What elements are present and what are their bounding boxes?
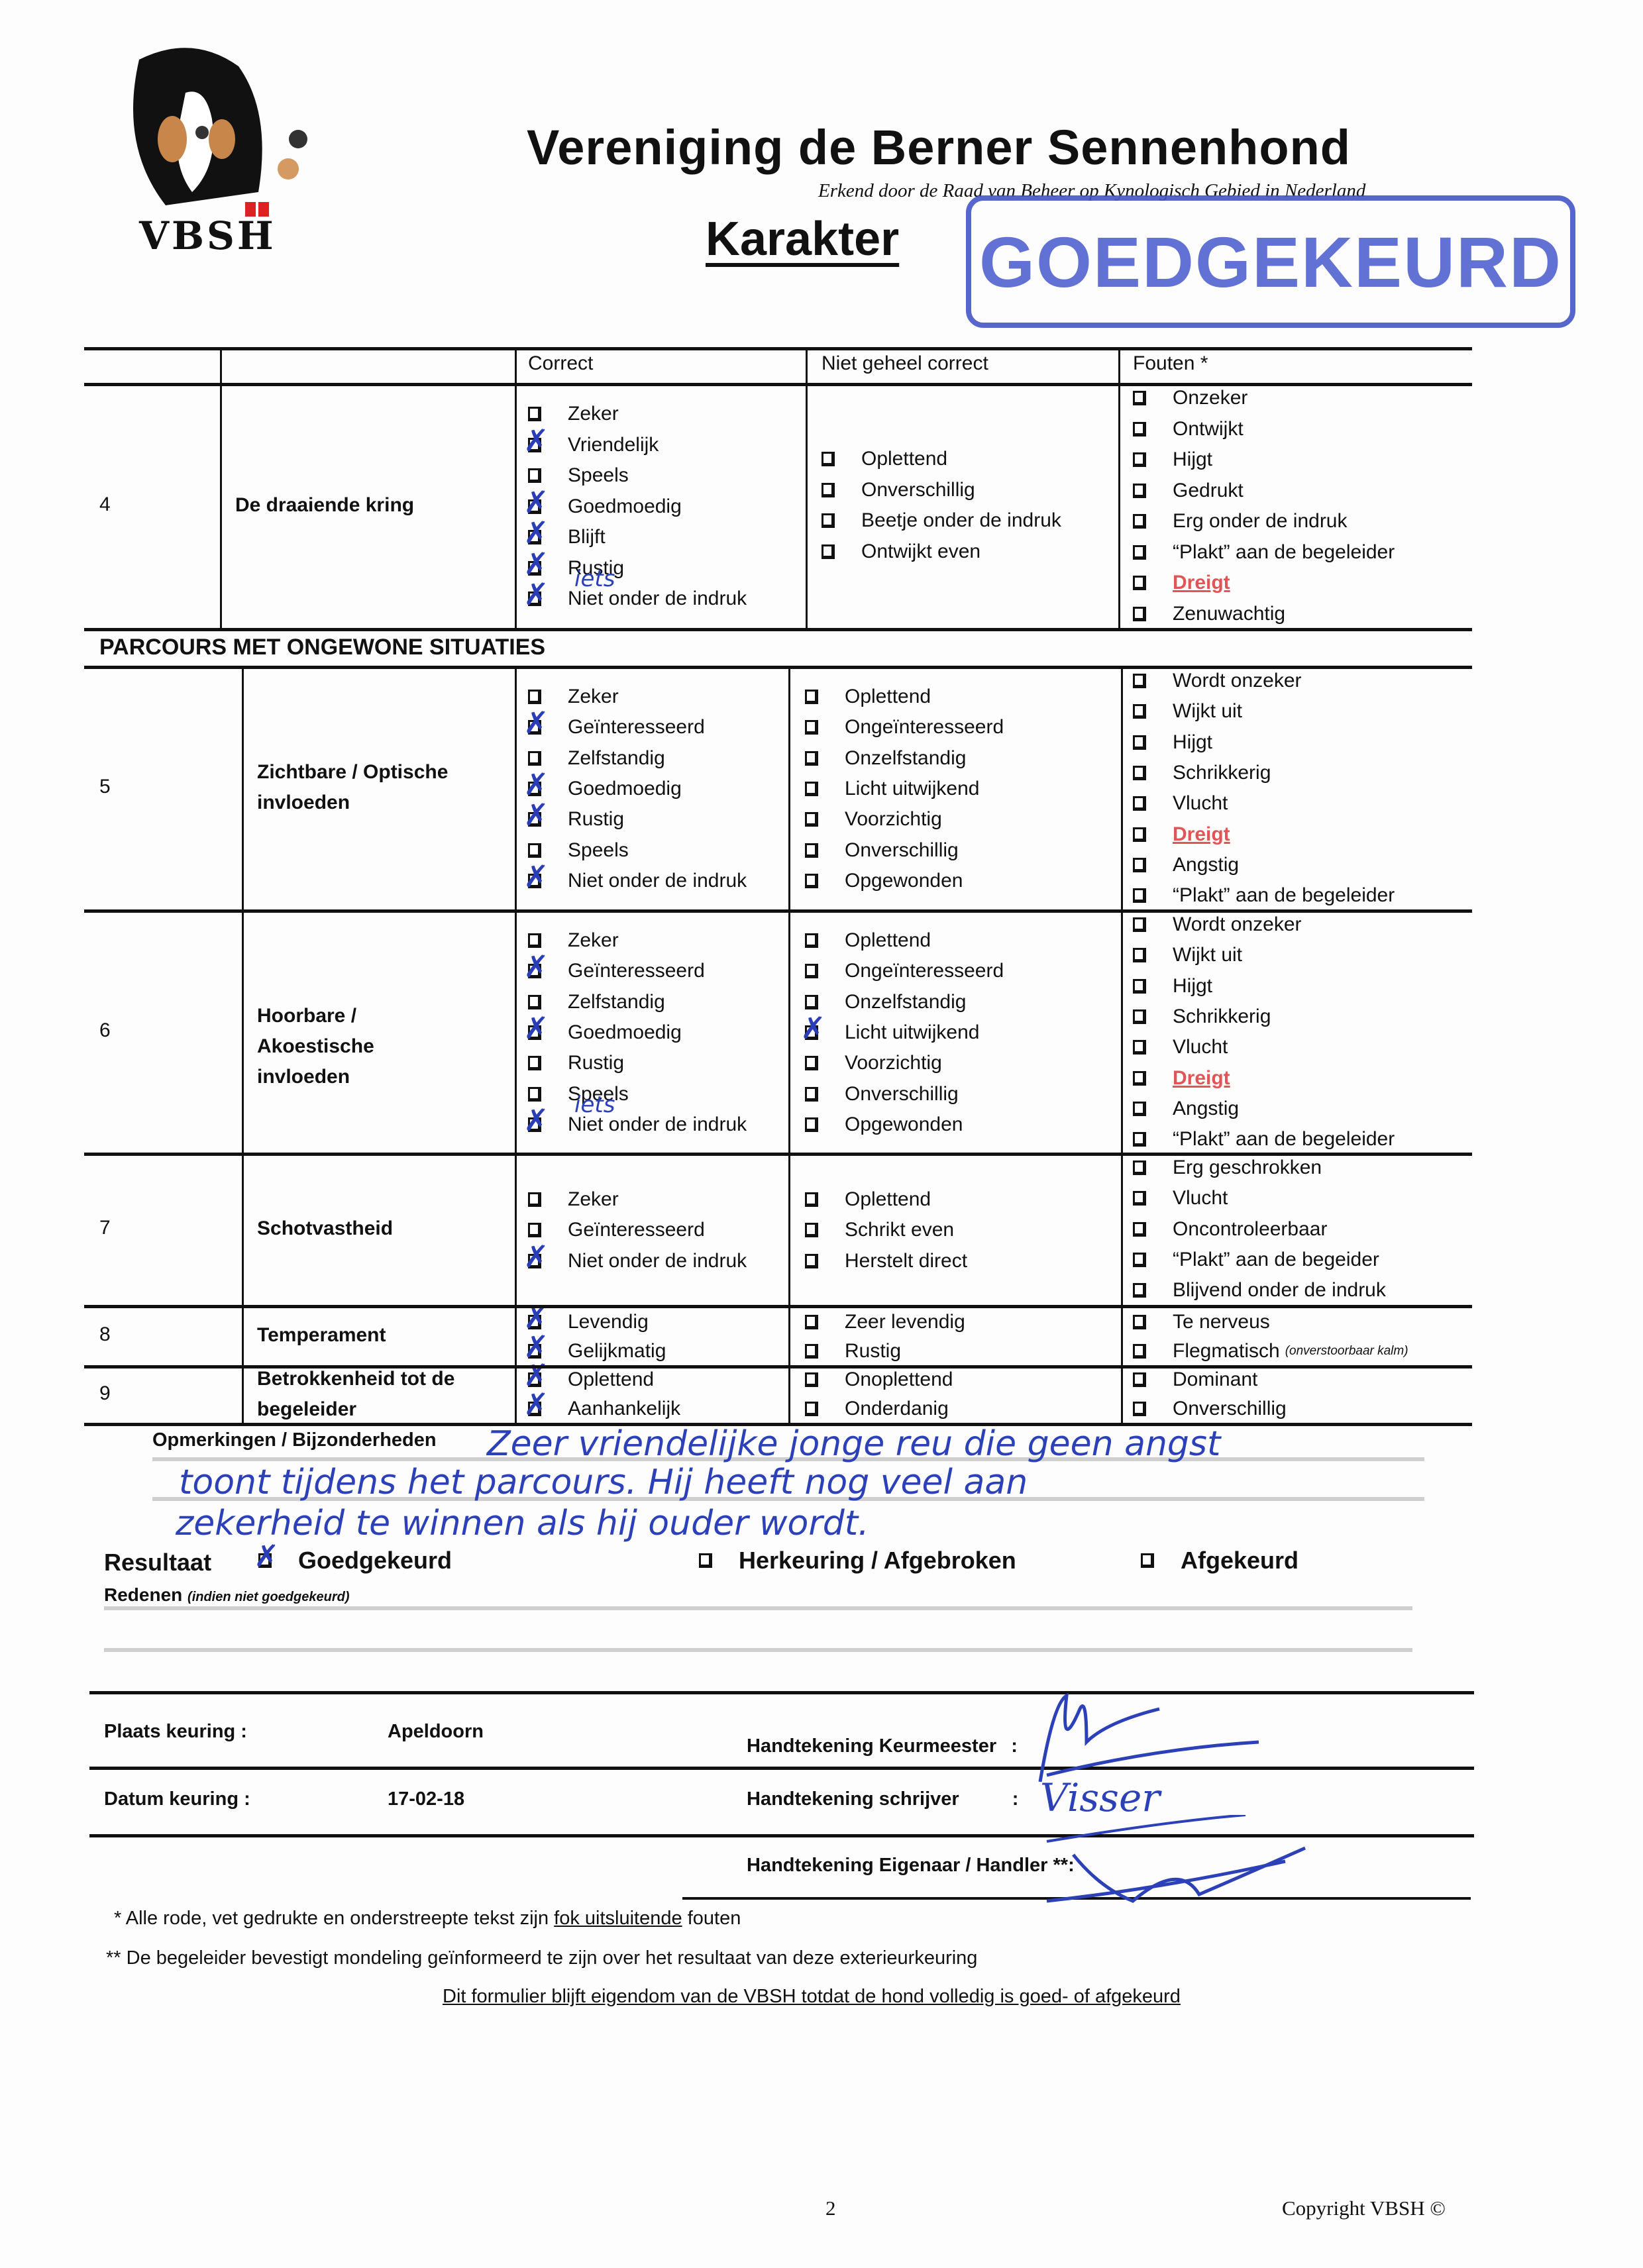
checkbox-icon[interactable] (528, 1056, 541, 1070)
checkbox-icon[interactable] (528, 438, 541, 452)
checkbox-icon[interactable] (805, 1223, 818, 1237)
remarks-handwriting-line-1[interactable]: Zeer vriendelijke jonge reu die geen ang… (487, 1424, 1220, 1464)
checkbox-icon[interactable] (1133, 796, 1146, 811)
option-label: Angstig (1173, 850, 1239, 880)
checkbox-icon[interactable] (1133, 484, 1146, 498)
remarks-handwriting-line-3[interactable]: zekerheid te winnen als hij ouder wordt. (176, 1504, 869, 1543)
option-fouten[interactable]: Blijvend onder de indruk (1133, 1275, 1386, 1306)
table-column-rule (242, 666, 244, 1423)
option-fouten[interactable]: Hijgt (1133, 971, 1212, 1002)
row-criterion-name: De draaiende kring (235, 490, 500, 521)
handwritten-annotation: iets (574, 1090, 615, 1120)
parcours-heading: PARCOURS MET ONGEWONE SITUATIES (99, 635, 545, 660)
ownership-notice: Dit formulier blijft eigendom van de VBS… (443, 1986, 1181, 2008)
table-rule (84, 1365, 1472, 1368)
option-fouten[interactable]: Gedrukt (1133, 476, 1244, 506)
checkbox-icon[interactable] (1133, 1040, 1146, 1055)
option-label: Blijvend onder de indruk (1173, 1275, 1386, 1306)
option-label: Licht uitwijkend (845, 1017, 979, 1048)
option-label: Dreigt (1173, 819, 1230, 850)
checkbox-icon[interactable] (528, 1025, 541, 1040)
signature-owner-label: Handtekening Eigenaar / Handler **: (747, 1855, 1075, 1877)
checkbox-icon[interactable] (805, 812, 818, 827)
row-number: 8 (99, 1323, 111, 1346)
option-label: Oncontroleerbaar (1173, 1214, 1327, 1245)
option-niet-geheel-correct[interactable]: Onverschillig (805, 1079, 959, 1109)
checkbox-icon[interactable] (528, 843, 541, 858)
table-rule (84, 666, 1472, 669)
option-niet-geheel-correct[interactable]: Onderdanig (805, 1394, 949, 1424)
checkbox-icon[interactable] (805, 1402, 818, 1416)
checkbox-icon[interactable] (1133, 1102, 1146, 1116)
checkbox-icon[interactable] (805, 690, 818, 704)
option-niet-geheel-correct[interactable]: Onverschillig (805, 835, 959, 866)
option-niet-geheel-correct[interactable]: Onoplettend (805, 1365, 953, 1395)
checkbox-icon[interactable] (528, 1402, 541, 1416)
option-fouten[interactable]: Onzeker (1133, 383, 1247, 413)
checkbox-icon[interactable] (528, 964, 541, 978)
organization-title: Vereniging de Berner Sennenhond (527, 119, 1351, 176)
checkbox-icon[interactable] (528, 720, 541, 735)
checkbox-icon[interactable] (528, 592, 541, 606)
option-niet-geheel-correct[interactable]: Ongeïnteresseerd (805, 712, 1004, 743)
option-niet-geheel-correct[interactable]: Oplettend (805, 682, 931, 712)
option-fouten[interactable]: Wijkt uit (1133, 940, 1242, 970)
option-fouten[interactable]: Schrikkerig (1133, 758, 1271, 788)
option-fouten[interactable]: Ontwijkt (1133, 414, 1244, 444)
option-label: Erg onder de indruk (1173, 506, 1348, 537)
row-number: 5 (99, 776, 111, 798)
checkbox-icon[interactable] (528, 499, 541, 514)
option-label: Onverschillig (845, 1079, 959, 1109)
option-niet-geheel-correct[interactable]: Schrikt even (805, 1215, 954, 1245)
checkbox-icon[interactable] (805, 720, 818, 735)
option-correct[interactable]: Goedmoedig (528, 491, 682, 522)
option-label: Schrikkerig (1173, 758, 1271, 788)
option-label: Te nerveus (1173, 1307, 1270, 1337)
copyright: Copyright VBSH © (1282, 2196, 1446, 2220)
option-label: Vlucht (1173, 788, 1228, 819)
date-value: 17-02-18 (388, 1788, 464, 1810)
option-label: Vlucht (1173, 1032, 1228, 1062)
column-header-correct: Correct (528, 352, 593, 375)
checkbox-icon[interactable] (805, 995, 818, 1009)
checkbox-icon[interactable] (528, 812, 541, 827)
option-fouten[interactable]: Flegmatisch(onverstoorbaar kalm) (1133, 1336, 1408, 1366)
option-niet-geheel-correct[interactable]: Ontwijkt even (821, 537, 980, 567)
option-fouten[interactable]: Oncontroleerbaar (1133, 1214, 1327, 1245)
option-niet-geheel-correct[interactable]: Onverschillig (821, 475, 975, 505)
option-correct[interactable]: Niet onder de indrukiets (528, 584, 747, 614)
result-label: Resultaat (104, 1549, 211, 1576)
option-niet-geheel-correct[interactable]: Oplettend (821, 444, 947, 474)
signature-writer-label: Handtekening schrijver : (747, 1788, 1018, 1810)
option-correct[interactable]: Geïnteresseerd (528, 956, 705, 986)
checkbox-icon[interactable] (805, 1117, 818, 1132)
option-fouten[interactable]: Schrikkerig (1133, 1002, 1271, 1032)
option-niet-geheel-correct[interactable]: Onzelfstandig (805, 743, 966, 774)
checkbox-icon[interactable] (1133, 422, 1146, 437)
option-label: Speels (568, 835, 629, 866)
option-fouten[interactable]: Vlucht (1133, 1183, 1228, 1213)
reasons-line-1 (104, 1606, 1412, 1610)
option-label: Zelfstandig (568, 743, 665, 774)
table-rule (84, 909, 1472, 913)
place-label: Plaats keuring : (104, 1721, 247, 1743)
checkbox-icon[interactable] (1133, 1160, 1146, 1175)
row-number: 9 (99, 1382, 111, 1405)
checkbox-icon[interactable] (528, 874, 541, 888)
option-label: Oplettend (845, 925, 931, 956)
option-fouten[interactable]: Vlucht (1133, 788, 1228, 819)
option-label: Levendig (568, 1307, 649, 1337)
option-label: Onverschillig (861, 475, 975, 505)
result-option-herkeuring[interactable]: Herkeuring / Afgebroken (699, 1545, 1016, 1576)
checkbox-icon[interactable] (1133, 766, 1146, 780)
checkbox-icon[interactable] (1133, 674, 1146, 688)
handwritten-annotation: iets (574, 564, 615, 594)
option-niet-geheel-correct[interactable]: Ongeïnteresseerd (805, 956, 1004, 986)
option-label: Blijft (568, 522, 606, 552)
checkbox-icon[interactable] (1133, 888, 1146, 903)
checkbox-icon[interactable] (1133, 607, 1146, 621)
option-fouten[interactable]: Erg geschrokken (1133, 1153, 1322, 1183)
option-label: Oplettend (845, 682, 931, 712)
option-label: Zeker (568, 925, 619, 956)
table-rule (84, 383, 1472, 386)
checkbox-icon[interactable] (1133, 704, 1146, 719)
checkbox-icon[interactable] (528, 1117, 541, 1132)
option-label: Ongeïnteresseerd (845, 712, 1004, 743)
option-label: Hijgt (1173, 444, 1212, 475)
option-label: Zelfstandig (568, 987, 665, 1017)
option-label: Dreigt (1173, 1063, 1230, 1094)
option-correct[interactable]: Vriendelijk (528, 430, 659, 460)
checkbox-icon[interactable] (1133, 391, 1146, 405)
option-label: Onzeker (1173, 383, 1247, 413)
table-rule (84, 1423, 1472, 1426)
checkbox-icon[interactable] (528, 1254, 541, 1268)
checkbox-icon[interactable] (528, 1344, 541, 1359)
reasons-label: Redenen (indien niet goedgekeurd) (104, 1584, 349, 1606)
checkbox-icon[interactable] (1133, 979, 1146, 994)
option-label: Rustig (568, 804, 624, 835)
option-label: Wijkt uit (1173, 940, 1242, 970)
option-fouten[interactable]: Erg onder de indruk (1133, 506, 1348, 537)
checkbox-icon[interactable] (1133, 1402, 1146, 1416)
result-option-afgekeurd[interactable]: Afgekeurd (1141, 1545, 1298, 1576)
option-label: Opgewonden (845, 866, 963, 896)
checkbox-icon[interactable] (805, 1344, 818, 1359)
option-fouten[interactable]: Dreigt (1133, 568, 1230, 598)
option-label: Wordt onzeker (1173, 666, 1302, 696)
remarks-label: Opmerkingen / Bijzonderheden (152, 1429, 437, 1451)
option-label: Speels (568, 460, 629, 491)
option-label: Beetje onder de indruk (861, 505, 1061, 536)
row-number: 7 (99, 1217, 111, 1239)
checkbox-icon[interactable] (805, 1372, 818, 1387)
option-correct[interactable]: Aanhankelijk (528, 1394, 680, 1424)
table-column-rule (1121, 666, 1123, 1423)
checkbox-icon[interactable] (528, 690, 541, 704)
checkbox-icon[interactable] (528, 1087, 541, 1102)
option-label: Onverschillig (1173, 1394, 1287, 1424)
checkbox-icon[interactable] (805, 1192, 818, 1207)
row-number: 4 (99, 493, 111, 516)
option-label: Hijgt (1173, 727, 1212, 758)
option-fouten[interactable]: Te nerveus (1133, 1307, 1270, 1337)
remarks-handwriting-line-2[interactable]: toont tijdens het parcours. Hij heeft no… (179, 1463, 1028, 1502)
checkbox-icon[interactable] (821, 483, 835, 497)
option-label: Hijgt (1173, 971, 1212, 1002)
option-niet-geheel-correct[interactable]: Zeer levendig (805, 1307, 965, 1337)
checkbox-icon[interactable] (1133, 545, 1146, 560)
date-label: Datum keuring : (104, 1788, 250, 1810)
checkbox-icon[interactable] (1133, 917, 1146, 932)
table-column-rule (1118, 347, 1120, 628)
footnote-handler-confirmation: ** De begeleider bevestigt mondeling geï… (106, 1947, 977, 1969)
checkbox-icon[interactable] (1133, 1191, 1146, 1206)
table-column-rule (788, 666, 790, 1423)
checkbox-icon[interactable] (1133, 1253, 1146, 1267)
checkbox-icon[interactable] (1133, 452, 1146, 467)
option-label: Erg geschrokken (1173, 1153, 1322, 1183)
option-niet-geheel-correct[interactable]: Opgewonden (805, 866, 963, 896)
option-correct[interactable]: Rustig (528, 1048, 624, 1078)
checkbox-icon[interactable] (1133, 1344, 1146, 1359)
option-label: Geïnteresseerd (568, 712, 705, 743)
checkbox-icon[interactable] (805, 1025, 818, 1040)
option-correct[interactable]: Geïnteresseerd (528, 712, 705, 743)
option-label: Licht uitwijkend (845, 774, 979, 804)
option-label: Gedrukt (1173, 476, 1244, 506)
result-option-goedgekeurd[interactable]: Goedgekeurd (258, 1545, 452, 1576)
checkbox-icon[interactable] (528, 933, 541, 948)
option-label: Onderdanig (845, 1394, 949, 1424)
option-correct[interactable]: Goedmoedig (528, 1017, 682, 1048)
checkbox-icon[interactable] (1133, 735, 1146, 750)
option-label: “Plakt” aan de begeleider (1173, 880, 1395, 911)
checkbox-icon[interactable] (1133, 1283, 1146, 1298)
table-rule (84, 347, 1472, 350)
checkbox-icon[interactable] (1133, 1222, 1146, 1237)
approved-stamp: GOEDGEKEURD (966, 195, 1575, 328)
checkbox-icon[interactable] (528, 561, 541, 576)
checkbox-icon[interactable] (528, 751, 541, 766)
option-label: Opgewonden (845, 1109, 963, 1140)
option-label: Wordt onzeker (1173, 909, 1302, 940)
option-label: Onverschillig (845, 835, 959, 866)
signature-judge-label: Handtekening Keurmeester : (747, 1735, 1018, 1757)
checkbox-icon[interactable] (528, 407, 541, 421)
option-fouten[interactable]: Hijgt (1133, 444, 1212, 475)
option-niet-geheel-correct[interactable]: Oplettend (805, 1184, 931, 1215)
option-fouten[interactable]: “Plakt” aan de begeleider (1133, 880, 1395, 911)
option-fouten[interactable]: Onverschillig (1133, 1394, 1287, 1424)
reasons-line-2 (104, 1648, 1412, 1652)
checkbox-icon[interactable] (1133, 948, 1146, 962)
option-label: Goedmoedig (568, 1017, 682, 1048)
option-niet-geheel-correct[interactable]: Licht uitwijkend (805, 774, 979, 804)
table-column-rule (515, 666, 517, 1423)
column-header-niet-geheel-correct: Niet geheel correct (821, 352, 988, 375)
table-rule (84, 1153, 1472, 1156)
checkbox-icon[interactable] (1133, 858, 1146, 872)
option-label: Rustig (568, 1048, 624, 1078)
checkbox-icon[interactable] (1141, 1553, 1154, 1568)
option-label: “Plakt” aan de begeleider (1173, 1124, 1395, 1155)
option-niet-geheel-correct[interactable]: Opgewonden (805, 1109, 963, 1140)
page-number: 2 (825, 2196, 836, 2220)
checkbox-icon[interactable] (805, 1254, 818, 1268)
option-niet-geheel-correct[interactable]: Herstelt direct (805, 1246, 967, 1276)
checkbox-icon[interactable] (805, 964, 818, 978)
option-label: Flegmatisch (1173, 1336, 1280, 1366)
option-niet-geheel-correct[interactable]: Rustig (805, 1336, 901, 1366)
option-label: Zenuwachtig (1173, 599, 1285, 629)
row-criterion-name: Zichtbare / Optische invloeden (257, 757, 456, 818)
checkbox-icon[interactable] (528, 530, 541, 544)
option-label: Onzelfstandig (845, 987, 966, 1017)
option-label: Ongeïnteresseerd (845, 956, 1004, 986)
option-correct[interactable]: Goedmoedig (528, 774, 682, 804)
writer-signature-strike (1033, 1815, 1378, 1908)
checkbox-icon[interactable] (1133, 1315, 1146, 1329)
checkbox-icon[interactable] (1133, 1009, 1146, 1024)
option-label: Rustig (845, 1336, 901, 1366)
option-label: Vriendelijk (568, 430, 659, 460)
option-fouten[interactable]: “Plakt” aan de begeleider (1133, 537, 1395, 568)
row-criterion-name: Schotvastheid (257, 1213, 456, 1244)
option-fouten[interactable]: Hijgt (1133, 727, 1212, 758)
checkbox-icon[interactable] (1133, 1071, 1146, 1086)
option-niet-geheel-correct[interactable]: Licht uitwijkend (805, 1017, 979, 1048)
option-fouten[interactable]: Wijkt uit (1133, 696, 1242, 727)
option-fouten[interactable]: Angstig (1133, 850, 1239, 880)
option-fouten[interactable]: Dreigt (1133, 819, 1230, 850)
option-correct[interactable]: Niet onder de indruk (528, 866, 747, 896)
place-value: Apeldoorn (388, 1721, 484, 1743)
option-correct[interactable]: Geïnteresseerd (528, 1215, 705, 1245)
checkbox-icon[interactable] (699, 1553, 712, 1568)
option-note: (onverstoorbaar kalm) (1285, 1336, 1408, 1366)
option-label: Dreigt (1173, 568, 1230, 598)
option-label: Zeker (568, 1184, 619, 1215)
option-fouten[interactable]: Wordt onzeker (1133, 909, 1302, 940)
option-label: Geïnteresseerd (568, 1215, 705, 1245)
checkbox-icon[interactable] (1133, 576, 1146, 590)
option-label: Gelijkmatig (568, 1336, 666, 1366)
checkbox-icon[interactable] (1133, 514, 1146, 529)
checkbox-icon[interactable] (805, 1315, 818, 1329)
checkbox-icon[interactable] (805, 751, 818, 766)
option-correct[interactable]: Zeker (528, 1184, 619, 1215)
checkbox-icon[interactable] (805, 1056, 818, 1070)
option-label: Dominant (1173, 1365, 1257, 1395)
checkbox-icon[interactable] (528, 1192, 541, 1207)
option-label: “Plakt” aan de begeider (1173, 1245, 1379, 1275)
checkbox-icon[interactable] (528, 1315, 541, 1329)
row-number: 6 (99, 1019, 111, 1042)
writer-signature: Visser (1040, 1775, 1160, 1820)
option-label: Angstig (1173, 1094, 1239, 1124)
vbsh-logo: VBSH (113, 40, 351, 252)
option-label: Zeer levendig (845, 1307, 965, 1337)
option-label: Herstelt direct (845, 1246, 967, 1276)
option-fouten[interactable]: Zenuwachtig (1133, 599, 1285, 629)
option-label: Ontwijkt even (861, 537, 980, 567)
checkbox-icon[interactable] (528, 1372, 541, 1387)
table-column-rule (220, 347, 222, 628)
checkbox-icon[interactable] (528, 995, 541, 1009)
option-label: Zeker (568, 682, 619, 712)
checkbox-icon[interactable] (821, 452, 835, 466)
option-correct[interactable]: Niet onder de indruk (528, 1246, 747, 1276)
row-criterion-name: Betrokkenheid tot de begeleider (257, 1364, 456, 1425)
option-fouten[interactable]: Angstig (1133, 1094, 1239, 1124)
checkbox-icon[interactable] (821, 513, 835, 528)
option-label: “Plakt” aan de begeleider (1173, 537, 1395, 568)
option-fouten[interactable]: Dreigt (1133, 1063, 1230, 1094)
option-label: Oplettend (845, 1184, 931, 1215)
option-label: Voorzichtig (845, 1048, 942, 1078)
option-fouten[interactable]: “Plakt” aan de begeider (1133, 1245, 1379, 1275)
checkbox-icon[interactable] (805, 874, 818, 888)
table-column-rule (806, 347, 808, 628)
option-label: Niet onder de indruk (568, 866, 747, 896)
option-label: Aanhankelijk (568, 1394, 680, 1424)
footnote-breeding-faults: * Alle rode, vet gedrukte en onderstreep… (114, 1908, 741, 1930)
option-label: Goedmoedig (568, 774, 682, 804)
checkbox-icon[interactable] (805, 1087, 818, 1102)
checkbox-icon[interactable] (821, 544, 835, 559)
option-niet-geheel-correct[interactable]: Oplettend (805, 925, 931, 956)
option-label: Onoplettend (845, 1365, 953, 1395)
checkbox-icon[interactable] (258, 1553, 272, 1568)
option-niet-geheel-correct[interactable]: Beetje onder de indruk (821, 505, 1061, 536)
section-title: Karakter (706, 212, 899, 266)
checkbox-icon[interactable] (528, 1223, 541, 1237)
option-label: Onzelfstandig (845, 743, 966, 774)
checkbox-icon[interactable] (805, 782, 818, 796)
checkbox-icon[interactable] (805, 933, 818, 948)
option-niet-geheel-correct[interactable]: Voorzichtig (805, 804, 942, 835)
checkbox-icon[interactable] (1133, 1132, 1146, 1147)
option-label: Wijkt uit (1173, 696, 1242, 727)
option-label: Goedmoedig (568, 491, 682, 522)
option-fouten[interactable]: “Plakt” aan de begeleider (1133, 1124, 1395, 1155)
column-header-fouten: Fouten * (1133, 352, 1208, 375)
checkbox-icon[interactable] (1133, 827, 1146, 842)
option-fouten[interactable]: Wordt onzeker (1133, 666, 1302, 696)
option-correct[interactable]: Rustig (528, 804, 624, 835)
checkbox-icon[interactable] (528, 782, 541, 796)
option-niet-geheel-correct[interactable]: Onzelfstandig (805, 987, 966, 1017)
checkbox-icon[interactable] (528, 468, 541, 483)
option-niet-geheel-correct[interactable]: Voorzichtig (805, 1048, 942, 1078)
checkbox-icon[interactable] (805, 843, 818, 858)
option-fouten[interactable]: Vlucht (1133, 1032, 1228, 1062)
option-fouten[interactable]: Dominant (1133, 1365, 1257, 1395)
checkbox-icon[interactable] (1133, 1372, 1146, 1387)
row-criterion-name: Hoorbare / Akoestische invloeden (257, 1001, 456, 1092)
option-label: Oplettend (568, 1365, 654, 1395)
option-label: Ontwijkt (1173, 414, 1244, 444)
option-correct[interactable]: Niet onder de indrukiets (528, 1109, 747, 1140)
option-label: Niet onder de indruk (568, 1246, 747, 1276)
logo-text: VBSH (139, 213, 276, 258)
option-label: Voorzichtig (845, 804, 942, 835)
